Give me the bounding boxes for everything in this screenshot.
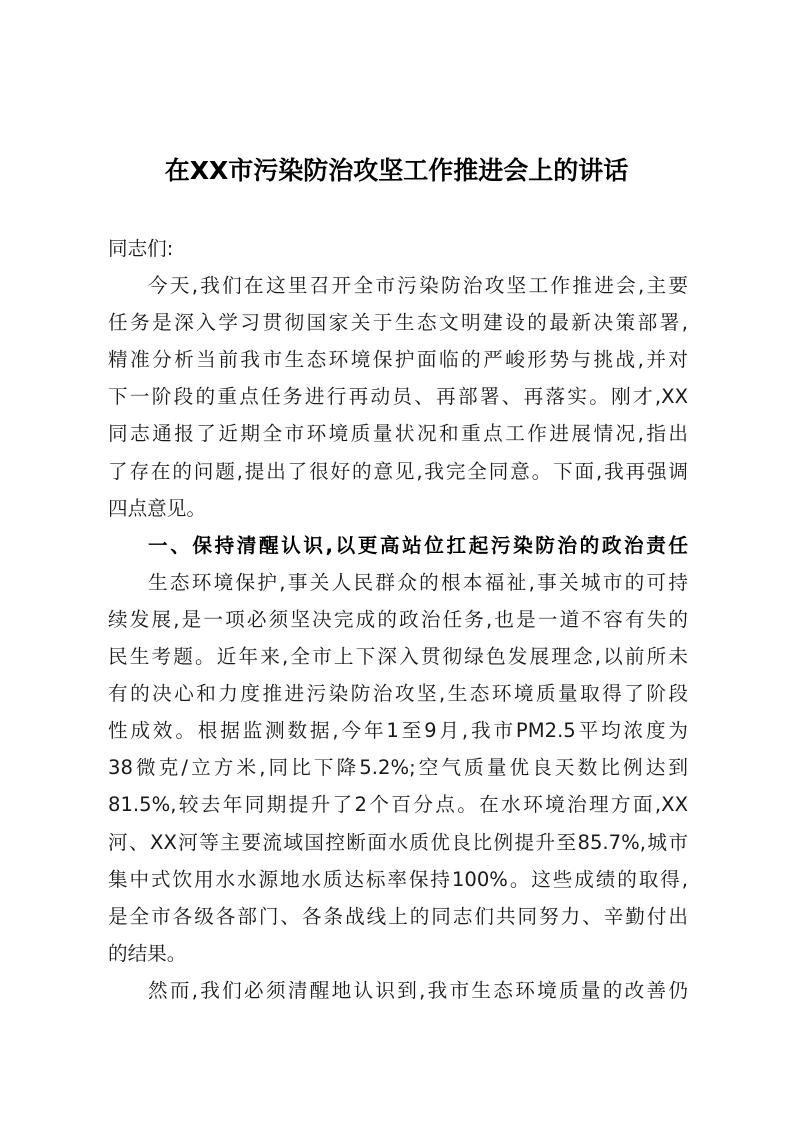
paragraph-line: 81.5%,较去年同期提升了2个百分点。在水环境治理方面,XX [108,786,688,823]
salutation: 同志们: [108,230,688,267]
paragraph-line: 续发展,是一项必须坚决完成的政治任务,也是一道不容有失的 [108,601,688,638]
paragraph-line: 是全市各级各部门、各条战线上的同志们共同努力、辛勤付出 [108,898,688,935]
paragraph-line: 有的决心和力度推进污染防治攻坚,生态环境质量取得了阶段 [108,675,688,712]
paragraph-line: 四点意见。 [108,490,688,527]
document-body: 同志们: 今天,我们在这里召开全市污染防治攻坚工作推进会,主要 任务是深入学习贯… [108,230,688,1009]
paragraph-line: 然而,我们必须清醒地认识到,我市生态环境质量的改善仍 [108,972,688,1009]
paragraph-line: 38微克/立方米,同比下降5.2%;空气质量优良天数比例达到 [108,749,688,786]
paragraph-line: 今天,我们在这里召开全市污染防治攻坚工作推进会,主要 [108,267,688,304]
paragraph-line: 性成效。根据监测数据,今年1至9月,我市PM2.5平均浓度为 [108,712,688,749]
paragraph-line: 河、XX河等主要流域国控断面水质优良比例提升至85.7%,城市 [108,824,688,861]
paragraph-line: 民生考题。近年来,全市上下深入贯彻绿色发展理念,以前所未 [108,638,688,675]
paragraph-line: 下一阶段的重点任务进行再动员、再部署、再落实。刚才,XX [108,378,688,415]
document-title: 在XX市污染防治攻坚工作推进会上的讲话 [0,153,793,189]
paragraph-line: 的结果。 [108,935,688,972]
section-heading: 一、保持清醒认识,以更高站位扛起污染防治的政治责任 [108,527,688,564]
paragraph-line: 精准分析当前我市生态环境保护面临的严峻形势与挑战,并对 [108,341,688,378]
paragraph-line: 同志通报了近期全市环境质量状况和重点工作进展情况,指出 [108,415,688,452]
document-page: 在XX市污染防治攻坚工作推进会上的讲话 同志们: 今天,我们在这里召开全市污染防… [0,0,793,1122]
paragraph-line: 了存在的问题,提出了很好的意见,我完全同意。下面,我再强调 [108,453,688,490]
paragraph-line: 任务是深入学习贯彻国家关于生态文明建设的最新决策部署, [108,304,688,341]
paragraph-line: 生态环境保护,事关人民群众的根本福祉,事关城市的可持 [108,564,688,601]
paragraph-line: 集中式饮用水水源地水质达标率保持100%。这些成绩的取得, [108,861,688,898]
